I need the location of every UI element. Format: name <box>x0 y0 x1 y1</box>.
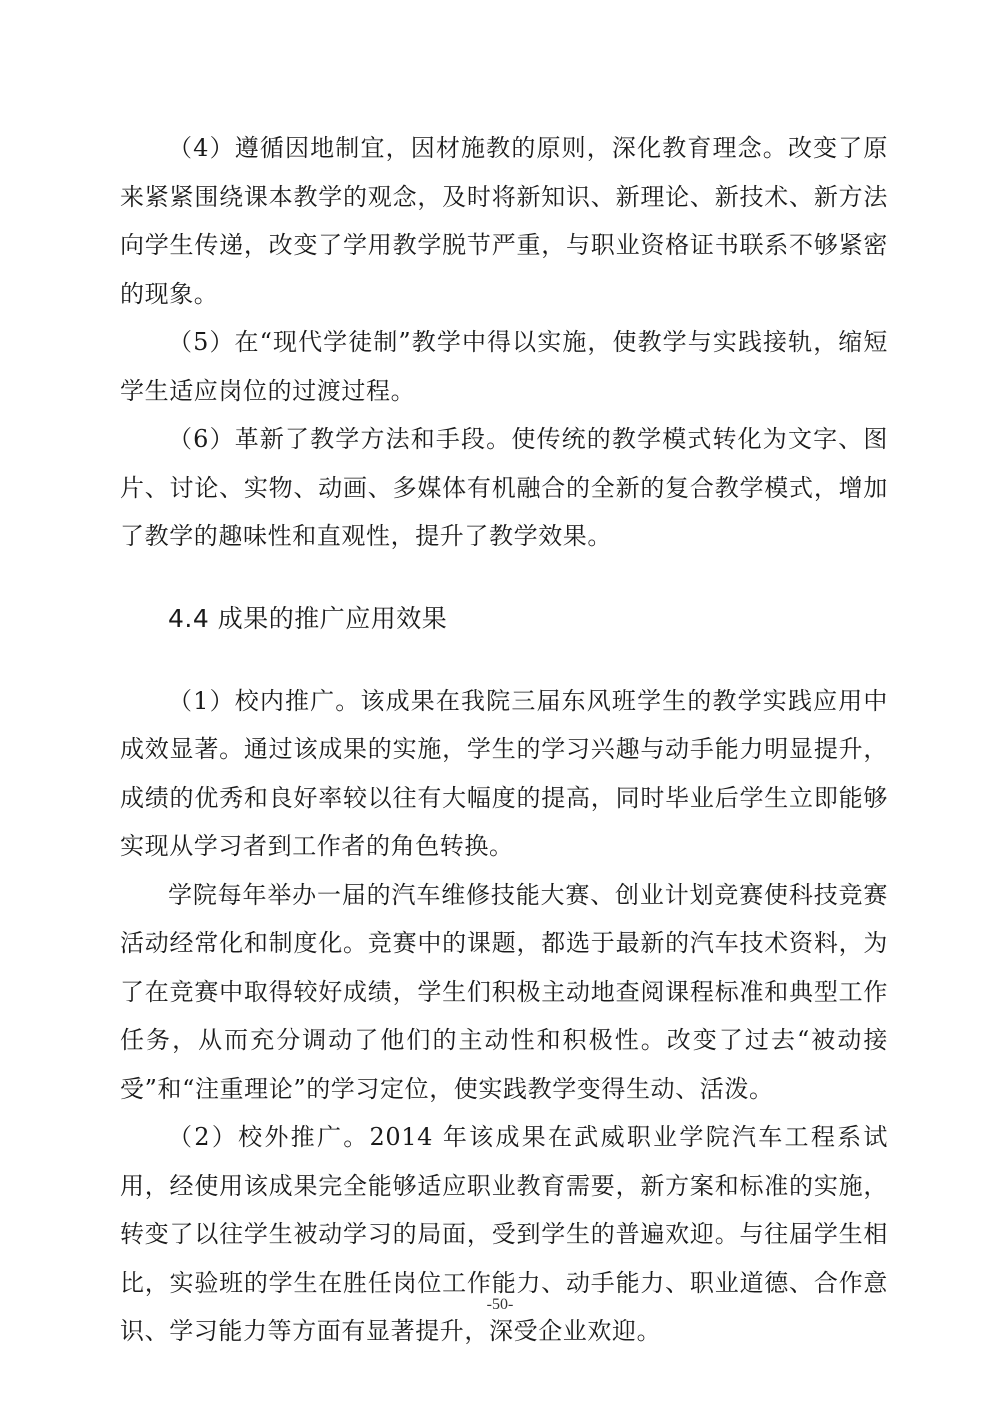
document-page: （4）遵循因地制宜，因材施教的原则，深化教育理念。改变了原来紧紧围绕课本教学的观… <box>120 124 888 1356</box>
paragraph-external-promotion: （2）校外推广。2014 年该成果在武威职业学院汽车工程系试用，经使用该成果完全… <box>120 1113 888 1356</box>
paragraph-item-4: （4）遵循因地制宜，因材施教的原则，深化教育理念。改变了原来紧紧围绕课本教学的观… <box>120 124 888 318</box>
paragraph-internal-promotion: （1）校内推广。该成果在我院三届东风班学生的教学实践应用中成效显著。通过该成果的… <box>120 677 888 871</box>
paragraph-item-6: （6）革新了教学方法和手段。使传统的教学模式转化为文字、图片、讨论、实物、动画、… <box>120 415 888 561</box>
section-heading: 4.4 成果的推广应用效果 <box>168 599 888 639</box>
paragraph-item-5: （5）在“现代学徒制”教学中得以实施，使教学与实践接轨，缩短学生适应岗位的过渡过… <box>120 318 888 415</box>
paragraph-competitions: 学院每年举办一届的汽车维修技能大赛、创业计划竞赛使科技竞赛活动经常化和制度化。竞… <box>120 871 888 1114</box>
page-number: -50- <box>0 1296 1000 1314</box>
